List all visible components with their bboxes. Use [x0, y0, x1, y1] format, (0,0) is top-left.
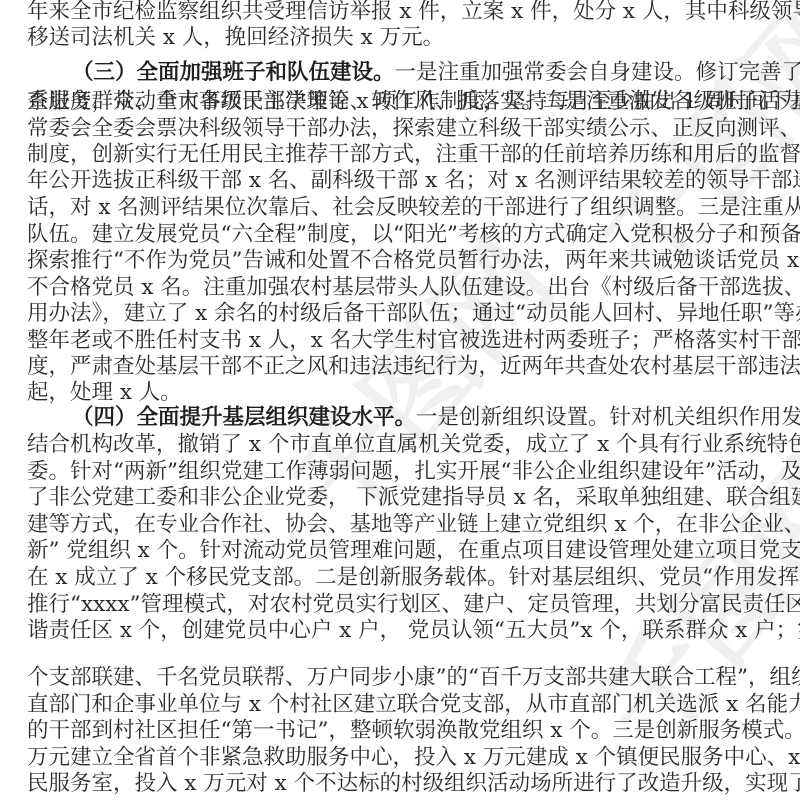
paragraph-line: 新” 党组织 x 个。针对流动党员管理难问题，在重点项目建设管理处建立项目党支部…	[27, 538, 776, 564]
paragraph-line: 谐责任区 x 个，创建党员中心户 x 户， 党员认领“五大员”x 个，联系群众 …	[27, 618, 776, 644]
paragraph-line: 建等方式，在专业合作社、协会、基地等产业链上建立党组织 x 个，在非公企业、商会…	[27, 512, 776, 538]
paragraph-line: 用办法》，建立了 x 余名的村级后备干部队伍；通过“动员能人回村、异地任职”等办…	[27, 301, 776, 327]
paragraph-line: 在 x 成立了 x 个移民党支部。二是创新服务载体。针对基层组织、党员“作用发挥…	[27, 565, 776, 591]
section-4-heading: （四）全面提升基层组织建设水平。	[72, 405, 416, 430]
paragraph-line: 万元建立全省首个非紧急救助服务中心，投入 x 万元建成 x 个镇便民服务中心、x…	[27, 745, 776, 771]
paragraph-line: 年公开选拔正科级干部 x 名、副科级干部 x 名；对 x 名测评结果较差的领导干…	[27, 168, 776, 194]
paragraph-line: 推行“xxxx”管理模式，对农村党员实行划区、建户、定员管理，共划分富民责任区 …	[27, 592, 776, 618]
paragraph-line: 直部门和企事业单位与 x 个村社区建立联合党支部，从市直部门机关选派 x 名能力…	[27, 692, 776, 718]
paragraph-line: 个支部联建、千名党员联帮、万户同步小康”的“百千万支部共建大联合工程”，组织 x…	[27, 665, 776, 691]
section-3-first-line-text: 一是注重加强常委会自身建设。修订完善了领导干部联	[395, 60, 800, 85]
paragraph-line: 结合机构改革，撤销了 x 个市直单位直属机关党委，成立了 x 个具有行业系统特色…	[27, 432, 776, 458]
paragraph-line: 的干部到村社区担任“第一书记”，整顿软弱涣散党组织 x 个。三是创新服务模式。投…	[27, 718, 776, 744]
section-3-heading: （三）全面加强班子和队伍建设。	[72, 60, 395, 85]
paragraph-line: 不合格党员 x 名。注重加强农村基层带头人队伍建设。出台《村级后备干部选拔、培养…	[27, 275, 776, 301]
section-4-first-line: （四）全面提升基层组织建设水平。一是创新组织设置。针对机关组织作用发挥难问题，	[72, 405, 776, 431]
paragraph-line: 度，严肃查处基层干部不正之风和违法违纪行为，近两年共查处农村基层干部违法违纪案件…	[27, 354, 776, 380]
paragraph-line: 起，处理 x 人。	[27, 380, 776, 406]
paragraph-line: 民服务室，投入 x 万元对 x 个不达标的村级组织活动场所进行了改造升级，实现了…	[27, 771, 776, 797]
paragraph-line: 移送司法机关 x 人，挽回经济损失 x 万元。	[27, 25, 776, 51]
paragraph-line: 了非公党建工委和非公企业党委， 下派党建指导员 x 名，采取单独组建、联合组建、…	[27, 485, 776, 511]
paragraph-line: 探索推行“不作为党员”告诫和处置不合格党员暂行办法，两年来共诫勉谈话党员 x 名…	[27, 248, 776, 274]
section-4-first-line-text: 一是创新组织设置。针对机关组织作用发挥难问题，	[416, 405, 800, 430]
paragraph-line: 常委会全委会票决科级领导干部办法，探索建立科级干部实绩公示、正反向测评、末位淘汰…	[27, 116, 776, 142]
paragraph-line: 话，对 x 名测评结果位次靠后、社会反映较差的干部进行了组织调整。三是注重从严管…	[27, 195, 776, 221]
section-3-first-line: （三）全面加强班子和队伍建设。一是注重加强常委会自身建设。修订完善了领导干部联	[72, 60, 776, 86]
paragraph-line: 查进度，带动全市各级干部学理论、转作风、抓落实。二是注重激发各级班子活力。完善市…	[27, 89, 776, 115]
paragraph-line: 整年老或不胜任村支书 x 人，x 名大学生村官被选进村两委班子；严格落实村干部坐…	[27, 328, 776, 354]
paragraph-line: 队伍。建立发展党员“六全程”制度，以“阳光”考核的方式确定入党积极分子和预备党员…	[27, 222, 776, 248]
paragraph-line: 制度，创新实行无任用民主推荐干部方式，注重干部的任前培养历练和用后的监督管理。近…	[27, 142, 776, 168]
paragraph-line: 年来全市纪检监察组织共受理信访举报 x 件，立案 x 件，处分 x 人，其中科级…	[27, 0, 776, 25]
paragraph-line: 委。针对“两新”组织党建工作薄弱问题，扎实开展“非公企业组织建设年”活动，及时成…	[27, 459, 776, 485]
